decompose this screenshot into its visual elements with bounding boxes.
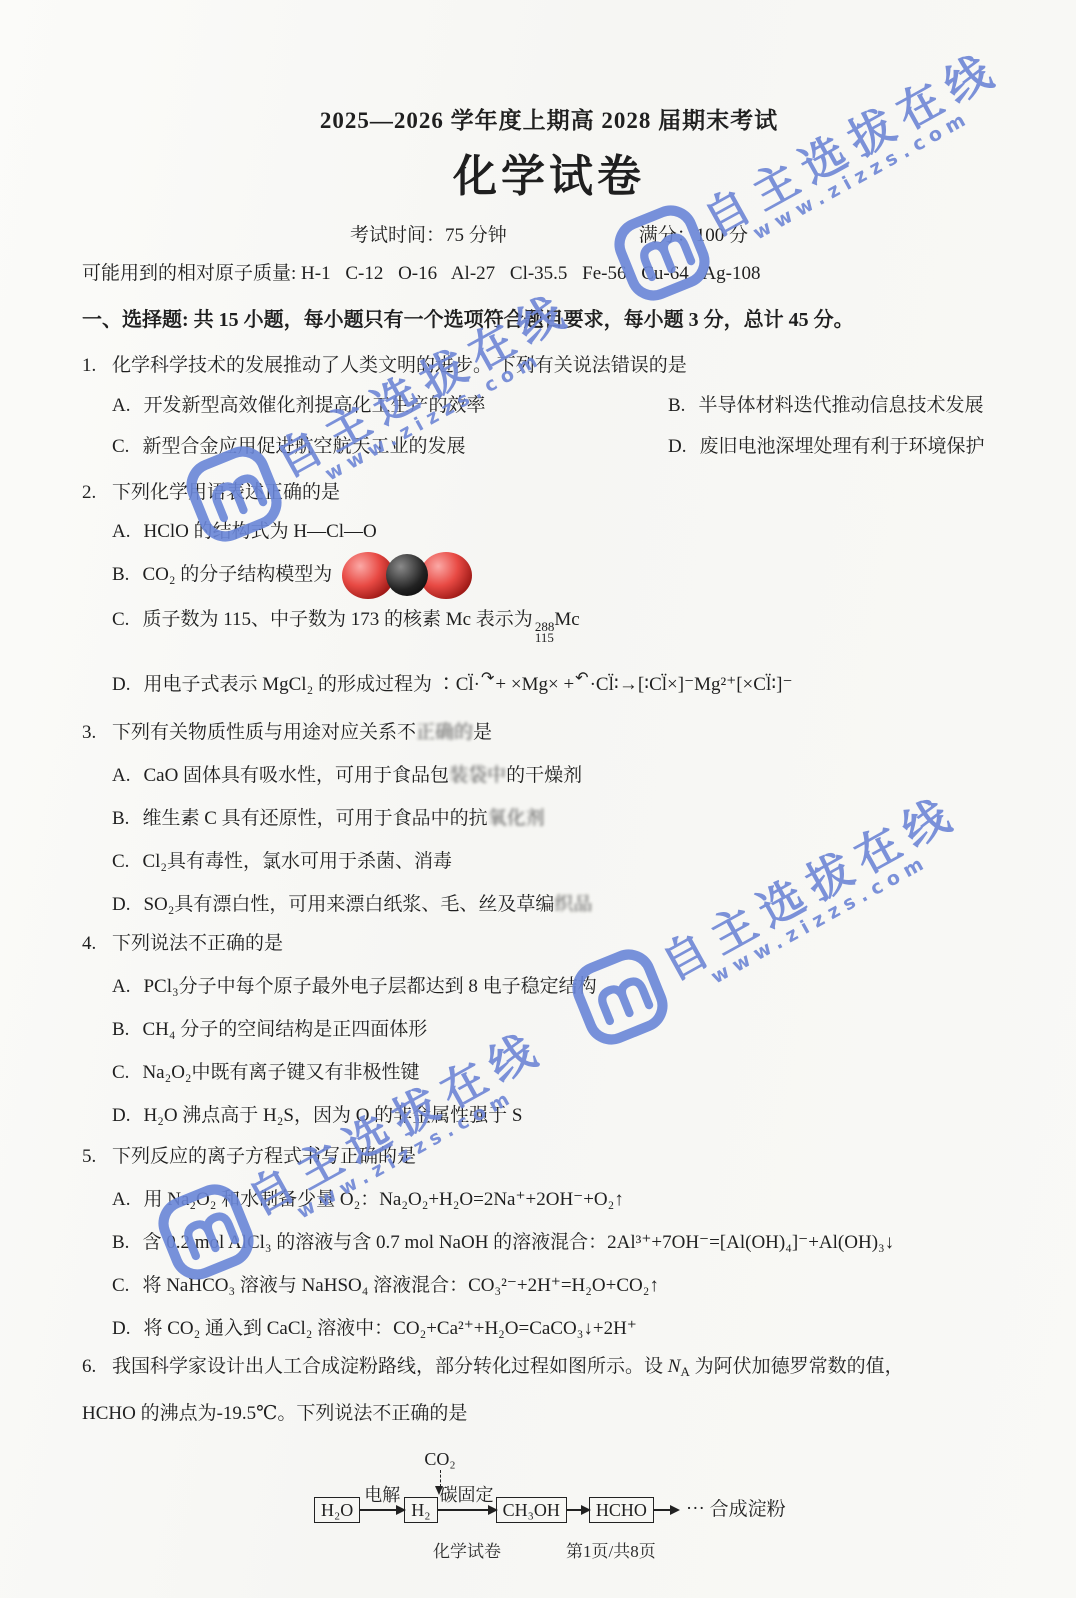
question-3: 3. 下列有关物质性质与用途对应关系不正确的是 A.CaO 固体具有吸水性，可用… bbox=[82, 720, 1016, 918]
question-text: 下列说法不正确的是 bbox=[112, 931, 1016, 957]
right-arrow-icon bbox=[567, 1509, 589, 1511]
atomic-mass-label: 可能用到的相对原子质量: bbox=[82, 263, 301, 284]
arrow-label-electrolysis: 电解 bbox=[364, 1483, 400, 1507]
box-h2o: H₂O bbox=[314, 1497, 360, 1523]
question-1: 1. 化学科学技术的发展推动了人类文明的进步。 下列有关说法错误的是 A.开发新… bbox=[82, 353, 1016, 460]
isotope-notation: 288115 bbox=[535, 621, 555, 643]
question-text: 下列化学用语表述正确的是 bbox=[112, 480, 1016, 506]
avogadro-symbol: N bbox=[668, 1356, 681, 1377]
exam-full-score: 满分：100 分 bbox=[639, 223, 748, 249]
option-b: B.半导体材料迭代推动信息技术发展 bbox=[668, 393, 983, 419]
question-text: 化学科学技术的发展推动了人类文明的进步。 下列有关说法错误的是 bbox=[112, 353, 1016, 379]
footer-page-number: 第1页/共8页 bbox=[566, 1537, 656, 1562]
option-a: A.PCl₃分子中每个原子最外电子层都达到 8 电子稳定结构 bbox=[82, 974, 1016, 1000]
question-number: 3. bbox=[82, 720, 112, 746]
atomic-mass-note: 可能用到的相对原子质量: H-1 C-12 O-16 Al-27 Cl-35.5… bbox=[82, 261, 1016, 287]
option-a: A.HClO 的结构式为 H—Cl—O bbox=[82, 519, 1016, 545]
option-d: D.将 CO₂ 通入到 CaCl₂ 溶液中：CO₂+Ca²⁺+H₂O=CaCO₃… bbox=[82, 1316, 1016, 1342]
box-h2: H₂ bbox=[404, 1497, 437, 1523]
option-d: D.用电子式表示 MgCl₂ 的形成过程为 ∶Cl̈·↷+ ×Mg× +↶·Cl… bbox=[82, 665, 1016, 698]
co2-input: CO₂ bbox=[410, 1449, 470, 1487]
question-5: 5. 下列反应的离子方程式书写正确的是 A.用 Na₂O₂ 和水制备少量 O₂：… bbox=[82, 1144, 1016, 1342]
question-1-options-ab: A.开发新型高效催化剂提高化工生产的效率 B.半导体材料迭代推动信息技术发展 bbox=[82, 393, 1016, 419]
option-b: B.CO₂ 的分子结构模型为 bbox=[82, 551, 1016, 599]
starch-synthesis-flow-diagram: CO₂ H₂O 电解 H₂ 碳固定 CH₃OH HCHO ⋯ 合成淀粉 bbox=[314, 1497, 874, 1523]
exam-session-title: 2025—2026 学年度上期高 2028 届期末考试 bbox=[82, 106, 1016, 136]
carbon-sphere-icon bbox=[386, 554, 428, 596]
question-1-stem: 1. 化学科学技术的发展推动了人类文明的进步。 下列有关说法错误的是 bbox=[82, 353, 1016, 379]
question-5-stem: 5. 下列反应的离子方程式书写正确的是 bbox=[82, 1144, 1016, 1170]
option-b: B.维生素 C 具有还原性，可用于食品中的抗氧化剂 bbox=[82, 806, 1016, 832]
option-b: B.含 0.2 mol AlCl₃ 的溶液与含 0.7 mol NaOH 的溶液… bbox=[82, 1230, 1016, 1256]
box-hcho: HCHO bbox=[589, 1497, 654, 1523]
exam-content: 2025—2026 学年度上期高 2028 届期末考试 化学试卷 考试时间：75… bbox=[0, 0, 1076, 1523]
question-number: 1. bbox=[82, 353, 112, 379]
option-c: C.将 NaHCO₃ 溶液与 NaHSO₄ 溶液混合：CO₃²⁻+2H⁺=H₂O… bbox=[82, 1273, 1016, 1299]
option-c: C.质子数为 115、中子数为 173 的核素 Mc 表示为288115Mc bbox=[82, 607, 1016, 643]
right-arrow-icon: 碳固定 bbox=[438, 1509, 496, 1511]
question-number: 5. bbox=[82, 1144, 112, 1170]
option-a: A.用 Na₂O₂ 和水制备少量 O₂：Na₂O₂+H₂O=2Na⁺+2OH⁻+… bbox=[82, 1187, 1016, 1213]
question-4-stem: 4. 下列说法不正确的是 bbox=[82, 931, 1016, 957]
smudged-text: 氧化剂 bbox=[488, 808, 545, 829]
question-6-stem: 6. 我国科学家设计出人工合成淀粉路线，部分转化过程如图所示。设 NA 为阿伏加… bbox=[82, 1354, 1016, 1385]
question-4: 4. 下列说法不正确的是 A.PCl₃分子中每个原子最外电子层都达到 8 电子稳… bbox=[82, 931, 1016, 1129]
exam-duration: 考试时间：75 分钟 bbox=[350, 223, 507, 249]
arrow-label-carbon-fixation: 碳固定 bbox=[440, 1483, 494, 1507]
electron-transfer-formula: ∶Cl̈·↷+ ×Mg× +↶·Cl̈∶→[∶Cl̈×]⁻Mg²⁺[×Cl̈∶]… bbox=[437, 674, 793, 695]
question-text: 下列反应的离子方程式书写正确的是 bbox=[112, 1144, 1016, 1170]
option-d: D.废旧电池深埋处理有利于环境保护 bbox=[668, 434, 985, 460]
question-1-options-cd: C.新型合金应用促进航空航天工业的发展 D.废旧电池深埋处理有利于环境保护 bbox=[82, 434, 1016, 460]
atomic-mass-values: H-1 C-12 O-16 Al-27 Cl-35.5 Fe-56 Cu-64 … bbox=[301, 263, 760, 284]
option-d: D.H₂O 沸点高于 H₂S，因为 O 的非金属性强于 S bbox=[82, 1103, 1016, 1129]
curved-arrow-icon: ↷ bbox=[481, 665, 494, 691]
question-6: 6. 我国科学家设计出人工合成淀粉路线，部分转化过程如图所示。设 NA 为阿伏加… bbox=[82, 1354, 1016, 1523]
option-c: C.新型合金应用促进航空航天工业的发展 bbox=[112, 434, 668, 460]
question-6-stem-line2: HCHO 的沸点为-19.5℃。下列说法不正确的是 bbox=[82, 1401, 1016, 1427]
right-arrow-glyph: → bbox=[619, 674, 638, 695]
co2-label: CO₂ bbox=[424, 1449, 455, 1469]
question-2: 2. 下列化学用语表述正确的是 A.HClO 的结构式为 H—Cl—O B.CO… bbox=[82, 480, 1016, 698]
option-a: A.开发新型高效催化剂提高化工生产的效率 bbox=[112, 393, 668, 419]
question-number: 4. bbox=[82, 931, 112, 957]
footer-doc-title: 化学试卷 bbox=[433, 1537, 501, 1562]
smudged-text: 织品 bbox=[554, 894, 592, 915]
exam-title: 化学试卷 bbox=[82, 150, 1016, 203]
smudged-text: 装袋中 bbox=[449, 765, 506, 786]
option-c: C.Na₂O₂中既有离子键又有非极性键 bbox=[82, 1060, 1016, 1086]
curved-arrow-icon: ↶ bbox=[575, 665, 588, 691]
box-ch3oh: CH₃OH bbox=[496, 1497, 567, 1523]
exam-paper-page: 2025—2026 学年度上期高 2028 届期末考试 化学试卷 考试时间：75… bbox=[0, 0, 1076, 1598]
smudged-text: 正确的 bbox=[416, 722, 473, 743]
section-1-heading: 一、选择题: 共 15 小题，每小题只有一个选项符合题目要求，每小题 3 分，总… bbox=[82, 307, 1016, 333]
option-d: D.SO₂具有漂白性，可用来漂白纸浆、毛、丝及草编织品 bbox=[82, 892, 1016, 918]
exam-meta-row: 考试时间：75 分钟 满分：100 分 bbox=[82, 223, 1016, 249]
question-number: 6. bbox=[82, 1354, 112, 1385]
co2-molecular-model bbox=[342, 551, 472, 599]
option-c: C.Cl₂具有毒性，氯水可用于杀菌、消毒 bbox=[82, 849, 1016, 875]
option-b: B.CH₄ 分子的空间结构是正四面体形 bbox=[82, 1017, 1016, 1043]
flow-tail-label: ⋯ 合成淀粉 bbox=[686, 1498, 786, 1522]
question-3-stem: 3. 下列有关物质性质与用途对应关系不正确的是 bbox=[82, 720, 1016, 746]
question-number: 2. bbox=[82, 480, 112, 506]
question-2-stem: 2. 下列化学用语表述正确的是 bbox=[82, 480, 1016, 506]
flow-row: H₂O 电解 H₂ 碳固定 CH₃OH HCHO ⋯ 合成淀粉 bbox=[314, 1497, 874, 1523]
right-arrow-icon bbox=[654, 1509, 678, 1511]
right-arrow-icon: 电解 bbox=[360, 1509, 404, 1511]
oxygen-sphere-icon bbox=[420, 552, 472, 599]
option-a: A.CaO 固体具有吸水性，可用于食品包装袋中的干燥剂 bbox=[82, 763, 1016, 789]
